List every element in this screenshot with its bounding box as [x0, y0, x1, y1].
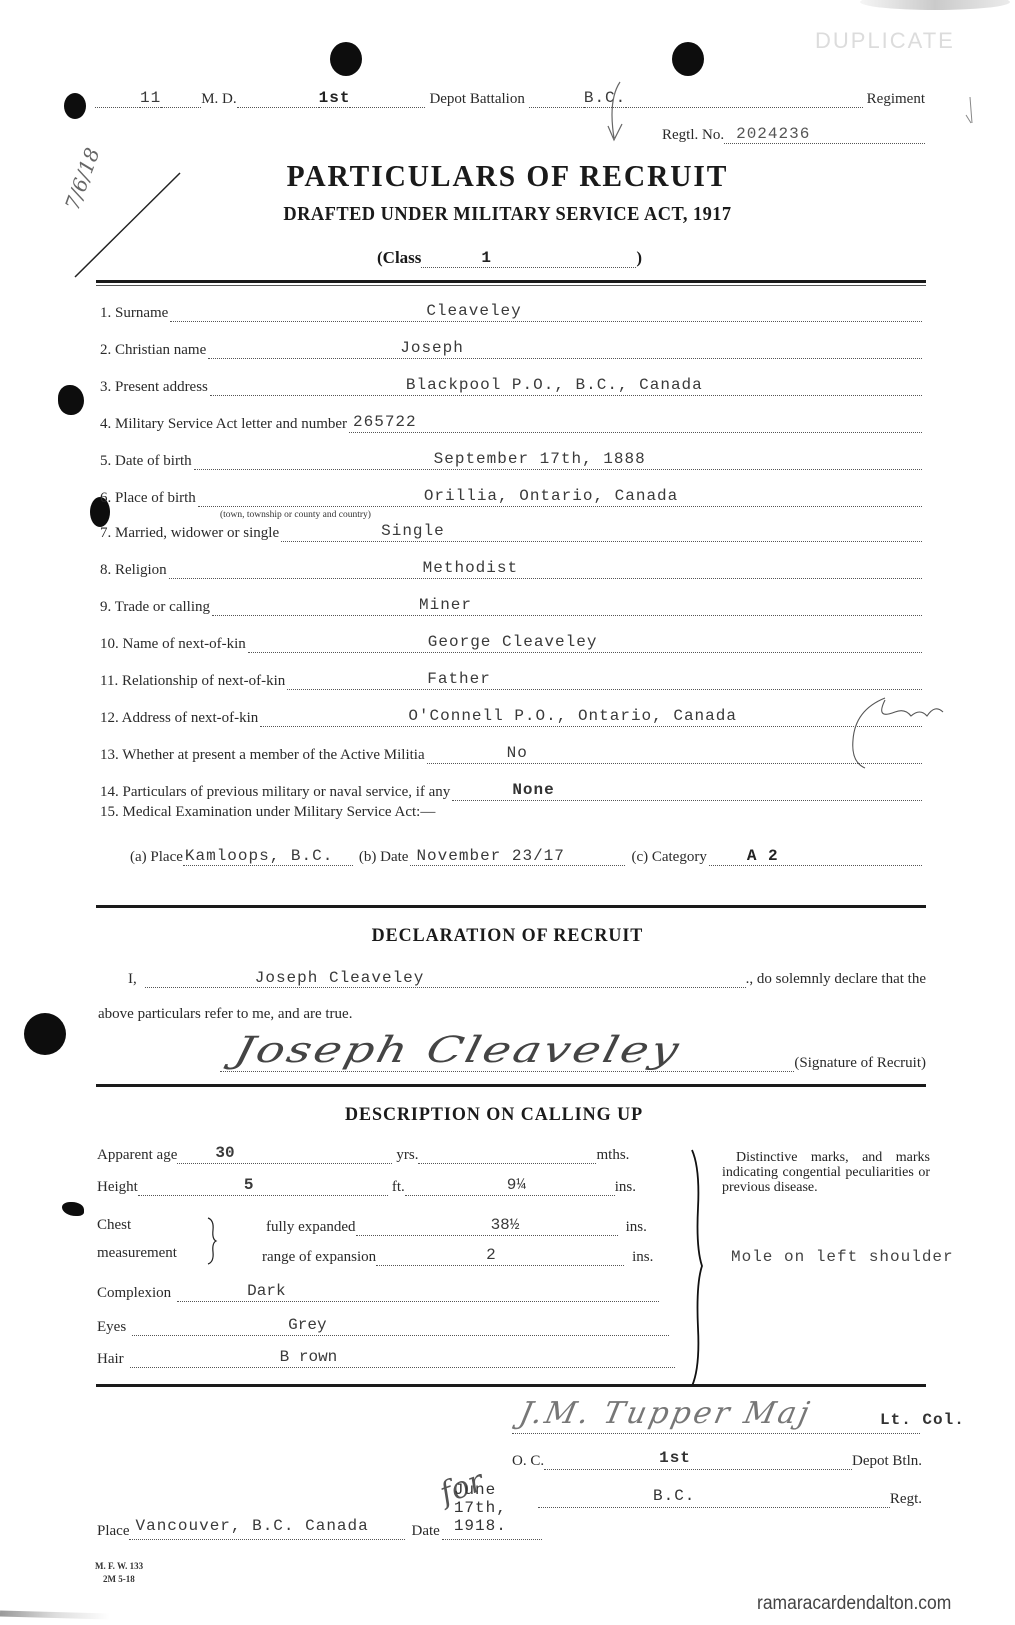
- trade-value: Miner: [419, 596, 472, 614]
- form-code: M. F. W. 133: [95, 1561, 143, 1571]
- particular-row-marital-status: 7. Married, widower or single Single: [100, 520, 922, 542]
- particular-row-present-address: 3. Present address Blackpool P.O., B.C.,…: [100, 374, 922, 396]
- christian-name-value: Joseph: [400, 339, 464, 357]
- footer-place-date-line: Place Vancouver, B.C. Canada Date June 1…: [97, 1514, 697, 1540]
- hair-row: Hair B rown: [97, 1346, 675, 1368]
- pencil-check-icon: [600, 80, 630, 145]
- particular-row-date-of-birth: 5. Date of birth September 17th, 1888: [100, 448, 922, 470]
- header-line: 11 M. D. 1st Depot Battalion B.C. Regime…: [95, 86, 925, 108]
- print-code: 2M 5-18: [103, 1574, 135, 1584]
- declaration-line-1: I, Joseph Cleaveley ., do solemnly decla…: [128, 966, 926, 988]
- particular-row-religion: 8. Religion Methodist: [100, 557, 922, 579]
- medical-place-label: (a) Place: [130, 849, 183, 866]
- active-militia-value: No: [507, 744, 528, 762]
- chest-brace-icon: [205, 1216, 219, 1266]
- declaration-title: DECLARATION OF RECRUIT: [25, 925, 989, 947]
- chest-fully-expanded-row: fully expanded 38½ ins.: [266, 1214, 647, 1236]
- regt-value: B.C.: [653, 1487, 695, 1505]
- chest-range-row: range of expansion 2 ins.: [262, 1244, 653, 1266]
- scan-smudge: [860, 0, 1010, 10]
- next-of-kin-address-value: O'Connell P.O., Ontario, Canada: [408, 707, 737, 725]
- marital-status-value: Single: [381, 522, 445, 540]
- officer-signature: J.M. Tupper Maj: [516, 1396, 815, 1431]
- md-label: M. D.: [201, 91, 236, 108]
- hair-value: B rown: [280, 1348, 338, 1366]
- range-of-expansion-value: 2: [486, 1246, 496, 1264]
- pencil-check-icon: [960, 95, 980, 125]
- title-rule: [96, 280, 926, 283]
- medical-date-value: November 23/17: [416, 847, 564, 865]
- form-subtitle: DRAFTED UNDER MILITARY SERVICE ACT, 1917: [41, 203, 975, 226]
- medical-line: (a) Place Kamloops, B.C. (b) Date Novemb…: [130, 842, 922, 866]
- regt-line: B.C. Regt.: [538, 1486, 922, 1508]
- height-ft-value: 5: [244, 1176, 254, 1194]
- duplicate-stamp: DUPLICATE: [815, 28, 955, 54]
- place-of-birth-sublabel: (town, township or county and country): [220, 510, 371, 520]
- date-of-birth-value: September 17th, 1888: [434, 450, 646, 468]
- md-value: 11: [140, 89, 161, 108]
- height-in-value: 9¼: [507, 1176, 526, 1194]
- class-line: (Class 1 ): [377, 244, 642, 268]
- particular-row-place-of-birth: 6. Place of birth Orillia, Ontario, Cana…: [100, 485, 922, 507]
- complexion-value: Dark: [247, 1282, 285, 1300]
- place-of-birth-value: Orillia, Ontario, Canada: [424, 487, 678, 505]
- particular-row-msa-number: 4. Military Service Act letter and numbe…: [100, 411, 922, 433]
- medical-place-value: Kamloops, B.C.: [185, 847, 333, 865]
- class-value: 1: [481, 249, 492, 267]
- scan-edge-shadow: [0, 1611, 110, 1620]
- surname-value: Cleaveley: [426, 302, 521, 320]
- particular-row-next-of-kin: 10. Name of next-of-kin George Cleaveley: [100, 631, 922, 653]
- watermark: ramaracardendalton.com: [757, 1593, 951, 1615]
- title-rule-thin: [96, 285, 926, 286]
- section-divider: [96, 905, 926, 908]
- eyes-value: Grey: [288, 1316, 326, 1334]
- oc-line: O. C. 1st Depot Btln.: [512, 1448, 922, 1470]
- distinctive-marks-value: Mole on left shoulder: [731, 1248, 954, 1266]
- section-divider: [96, 1084, 926, 1087]
- distinctive-marks-heading: Distinctive marks, and marks indicating …: [722, 1150, 930, 1195]
- class-label: (Class: [377, 248, 421, 268]
- particular-row-trade: 9. Trade or calling Miner: [100, 594, 922, 616]
- present-address-value: Blackpool P.O., B.C., Canada: [406, 376, 703, 394]
- regiment-label: Regiment: [863, 91, 925, 108]
- declaration-line-2: above particulars refer to me, and are t…: [98, 1006, 352, 1023]
- particular-row-relationship: 11. Relationship of next-of-kin Father: [100, 668, 922, 690]
- religion-value: Methodist: [423, 559, 518, 577]
- ink-blot: [62, 1202, 84, 1216]
- particular-row-christian-name: 2. Christian name Joseph: [100, 337, 922, 359]
- height-row: Height 5 ft. 9¼ ins.: [97, 1174, 636, 1196]
- particular-row-active-militia: 13. Whether at present a member of the A…: [100, 742, 922, 764]
- depot-value: 1st: [319, 89, 351, 108]
- apparent-age-row: Apparent age 30 yrs. mths.: [97, 1142, 629, 1164]
- apparent-age-value: 30: [215, 1144, 234, 1162]
- signature-label: (Signature of Recruit): [794, 1055, 926, 1072]
- particular-row-previous-service: 14. Particulars of previous military or …: [100, 779, 922, 801]
- section-divider: [96, 1384, 926, 1387]
- punch-hole: [330, 42, 362, 76]
- regtl-value: 2024236: [736, 125, 810, 143]
- footer-place-value: Vancouver, B.C. Canada: [135, 1517, 368, 1535]
- next-of-kin-value: George Cleaveley: [428, 633, 598, 651]
- punch-hole: [672, 42, 704, 76]
- footer-date-value: June 17th, 1918.: [454, 1481, 542, 1535]
- declaration-name-value: Joseph Cleaveley: [255, 969, 425, 987]
- complexion-row: Complexion Dark: [97, 1280, 659, 1302]
- relationship-value: Father: [427, 670, 491, 688]
- pencil-annotation: [825, 690, 945, 770]
- previous-service-value: None: [512, 781, 554, 799]
- oc-value: 1st: [659, 1449, 691, 1467]
- chest-label: Chest: [97, 1217, 131, 1234]
- particular-row-surname: 1. Surname Cleaveley: [100, 300, 922, 322]
- recruit-signature: Joseph Cleaveley: [231, 1030, 685, 1071]
- medical-category-value: A 2: [747, 847, 779, 865]
- medical-date-label: (b) Date: [353, 849, 411, 866]
- depot-label: Depot Battalion: [425, 91, 528, 108]
- eyes-row: Eyes Grey: [97, 1314, 669, 1336]
- regtl-label: Regtl. No.: [662, 127, 724, 144]
- description-title: DESCRIPTION ON CALLING UP: [345, 1104, 643, 1126]
- form-title: PARTICULARS OF RECRUIT: [25, 158, 989, 194]
- msa-number-value: 265722: [353, 413, 417, 431]
- medical-category-label: (c) Category: [625, 849, 708, 866]
- punch-hole: [58, 385, 84, 415]
- class-close: ): [636, 248, 642, 268]
- regtl-no-line: Regtl. No. 2024236: [662, 122, 925, 144]
- particular-row-next-of-kin-address: 12. Address of next-of-kin O'Connell P.O…: [100, 705, 922, 727]
- medical-heading: 15. Medical Examination under Military S…: [100, 804, 435, 821]
- fully-expanded-value: 38½: [491, 1216, 520, 1234]
- officer-rank: Lt. Col.: [880, 1411, 965, 1429]
- punch-hole: [64, 93, 86, 119]
- punch-hole: [24, 1013, 66, 1055]
- measurement-label: measurement: [97, 1245, 177, 1262]
- marks-brace-icon: [688, 1148, 710, 1388]
